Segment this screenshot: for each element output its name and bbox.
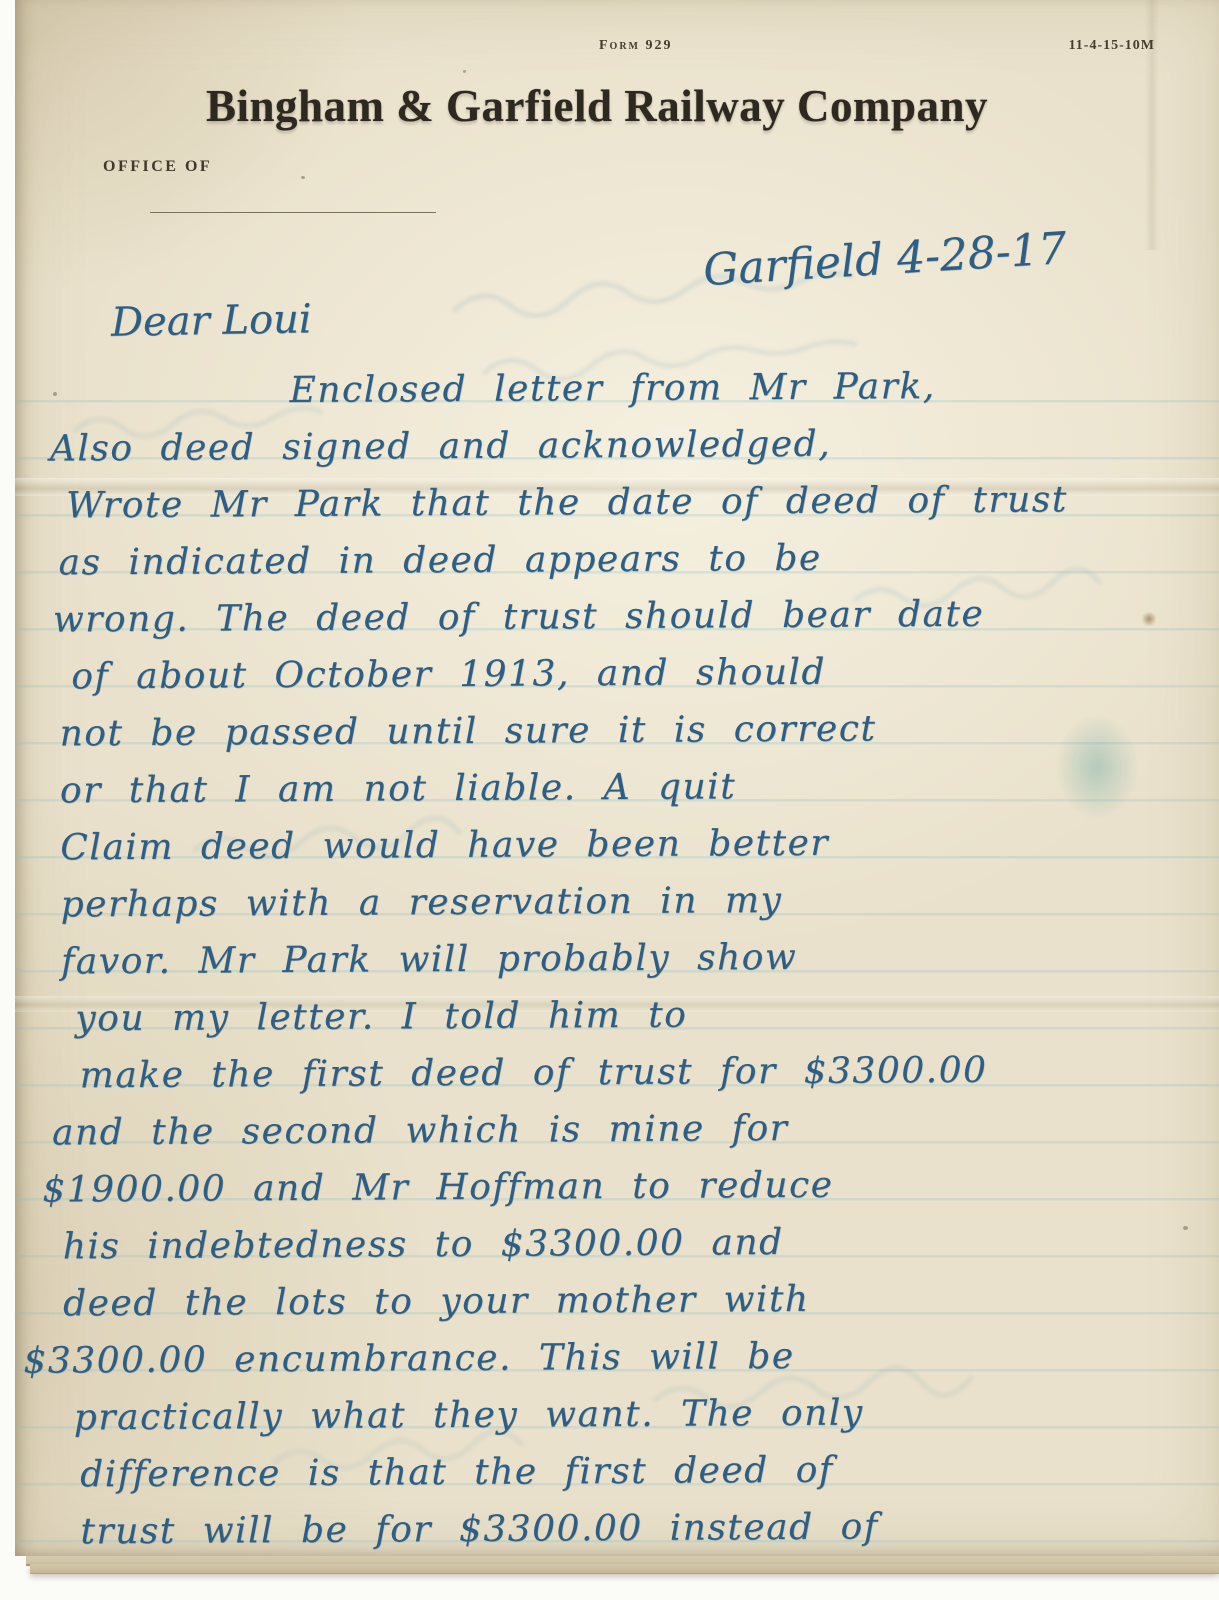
handwritten-line: Claim deed would have been better <box>50 813 1188 877</box>
handwritten-line: $3300.00 encumbrance. This will be <box>23 1326 1191 1390</box>
letter-body: Enclosed letter from Mr Park,Also deed s… <box>47 357 1192 1556</box>
handwritten-line: of about October 1913, and should <box>49 642 1187 706</box>
handwritten-line: wrong. The deed of trust should bear dat… <box>49 585 1187 649</box>
office-of-label: OFFICE OF <box>103 158 212 176</box>
handwritten-line: difference is that the first deed of <box>54 1440 1192 1504</box>
handwritten-line: perhaps with a reservation in my <box>50 870 1188 934</box>
letter-page: Form 929 11-4-15-10M Bingham & Garfield … <box>15 0 1219 1556</box>
handwritten-line: and the second which is mine for <box>52 1098 1190 1162</box>
handwritten-line: Also deed signed and acknowledged, <box>48 414 1186 478</box>
handwritten-line: deed the lots to your mother with <box>53 1269 1191 1333</box>
handwritten-line: not be passed until sure it is correct <box>49 699 1187 763</box>
office-of-blank-line <box>150 212 436 213</box>
handwritten-line: make the first deed of trust for $3300.0… <box>52 1041 1190 1105</box>
handwritten-line: $1900.00 and Mr Hoffman to reduce <box>42 1155 1190 1219</box>
form-number: Form 929 <box>599 38 673 54</box>
handwritten-line: practically what they want. The only <box>54 1383 1192 1447</box>
paper-speck <box>301 176 305 179</box>
handwritten-line: as indicated in deed appears to be <box>48 528 1186 592</box>
handwritten-line: his indebtedness to $3300.00 and <box>53 1212 1191 1276</box>
handwritten-line: you my letter. I told him to <box>51 984 1189 1048</box>
company-name: Bingham & Garfield Railway Company <box>15 80 1179 132</box>
paper-speck <box>463 70 466 73</box>
scan-background: Form 929 11-4-15-10M Bingham & Garfield … <box>0 0 1219 1600</box>
handwritten-line: Wrote Mr Park that the date of deed of t… <box>48 471 1186 535</box>
handwritten-line: or that I am not liable. A quit <box>50 756 1188 820</box>
handwritten-line: trust will be for $3300.00 instead of <box>54 1497 1192 1556</box>
handwritten-salutation: Dear Loui <box>111 296 312 345</box>
handwritten-line: favor. Mr Park will probably show <box>51 927 1189 991</box>
handwritten-line: Enclosed letter from Mr Park, <box>47 357 1185 421</box>
page-stack-edge <box>30 1564 1219 1574</box>
print-code: 11-4-15-10M <box>1069 38 1155 54</box>
